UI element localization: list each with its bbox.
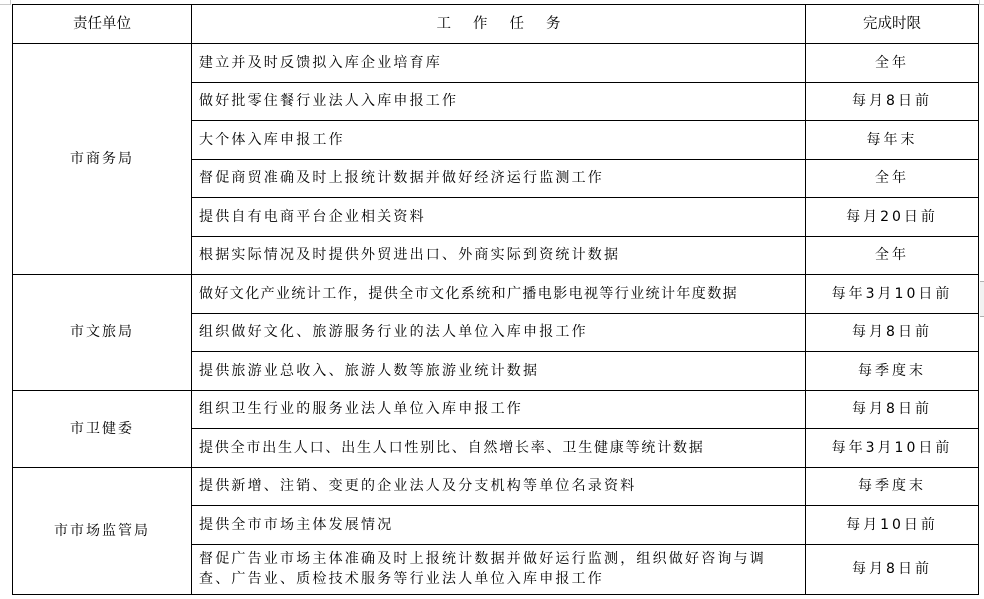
- task-cell: 做好批零住餐行业法人入库申报工作: [192, 82, 806, 121]
- row-resize-handle[interactable]: [980, 281, 984, 317]
- deadline-cell: 每月8日前: [806, 544, 979, 594]
- header-task: 工作任务: [192, 5, 806, 44]
- header-row: 责任单位 工作任务 完成时限: [13, 5, 979, 44]
- deadline-cell: 每年3月10日前: [806, 429, 979, 468]
- unit-cell: 市商务局: [13, 44, 192, 275]
- task-cell: 大个体入库申报工作: [192, 121, 806, 160]
- page-corner-marker-left: [0, 0, 11, 5]
- table-row: 市市场监管局 提供新增、注销、变更的企业法人及分支机构等单位名录资料 每季度末: [13, 467, 979, 506]
- table-row: 市卫健委 组织卫生行业的服务业法人单位入库申报工作 每月8日前: [13, 390, 979, 429]
- task-cell: 提供自有电商平台企业相关资料: [192, 198, 806, 237]
- responsibility-table: 责任单位 工作任务 完成时限 市商务局 建立并及时反馈拟入库企业培育库 全年 做…: [12, 4, 979, 595]
- deadline-cell: 每月8日前: [806, 313, 979, 352]
- task-cell: 督促商贸准确及时上报统计数据并做好经济运行监测工作: [192, 159, 806, 198]
- task-cell: 组织卫生行业的服务业法人单位入库申报工作: [192, 390, 806, 429]
- deadline-cell: 每月8日前: [806, 390, 979, 429]
- task-cell: 提供旅游业总收入、旅游人数等旅游业统计数据: [192, 352, 806, 391]
- unit-cell: 市卫健委: [13, 390, 192, 467]
- task-cell: 组织做好文化、旅游服务行业的法人单位入库申报工作: [192, 313, 806, 352]
- table-row: 市商务局 建立并及时反馈拟入库企业培育库 全年: [13, 44, 979, 83]
- table-row: 市文旅局 做好文化产业统计工作，提供全市文化系统和广播电影电视等行业统计年度数据…: [13, 275, 979, 314]
- task-cell: 建立并及时反馈拟入库企业培育库: [192, 44, 806, 83]
- deadline-cell: 每月10日前: [806, 506, 979, 545]
- task-cell: 提供全市市场主体发展情况: [192, 506, 806, 545]
- deadline-cell: 每月8日前: [806, 82, 979, 121]
- page-corner-marker-right: [979, 0, 984, 5]
- header-deadline: 完成时限: [806, 5, 979, 44]
- task-cell: 督促广告业市场主体准确及时上报统计数据并做好运行监测，组织做好咨询与调查、广告业…: [192, 544, 806, 594]
- deadline-cell: 每季度末: [806, 352, 979, 391]
- deadline-cell: 全年: [806, 159, 979, 198]
- deadline-cell: 每年末: [806, 121, 979, 160]
- task-cell: 做好文化产业统计工作，提供全市文化系统和广播电影电视等行业统计年度数据: [192, 275, 806, 314]
- deadline-cell: 全年: [806, 236, 979, 275]
- deadline-cell: 全年: [806, 44, 979, 83]
- header-unit: 责任单位: [13, 5, 192, 44]
- task-cell: 提供全市出生人口、出生人口性别比、自然增长率、卫生健康等统计数据: [192, 429, 806, 468]
- deadline-cell: 每月20日前: [806, 198, 979, 237]
- unit-cell: 市市场监管局: [13, 467, 192, 594]
- unit-cell: 市文旅局: [13, 275, 192, 391]
- deadline-cell: 每年3月10日前: [806, 275, 979, 314]
- task-cell: 根据实际情况及时提供外贸进出口、外商实际到资统计数据: [192, 236, 806, 275]
- task-cell: 提供新增、注销、变更的企业法人及分支机构等单位名录资料: [192, 467, 806, 506]
- deadline-cell: 每季度末: [806, 467, 979, 506]
